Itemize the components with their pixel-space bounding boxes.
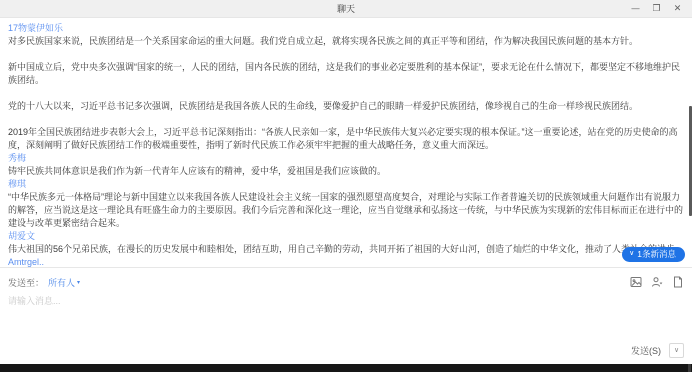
send-to-label: 发送至： xyxy=(8,276,44,289)
composer-icons xyxy=(630,276,684,288)
close-icon[interactable]: ✕ xyxy=(667,0,688,18)
message-text: 对多民族国家来说，民族团结是一个关系国家命运的重大问题。我们党自成立起，就将实现… xyxy=(8,35,684,48)
message-input[interactable] xyxy=(8,294,668,334)
message-text: 铸牢民族共同体意识是我们作为新一代青年人应该有的精神，爱中华，爱祖国是我们应该做… xyxy=(8,165,684,178)
send-to-row: 发送至： 所有人 ▾ xyxy=(0,272,692,292)
title-bar: 聊天 — ❐ ✕ xyxy=(0,0,692,18)
sender-name[interactable]: 秀梅 xyxy=(8,152,684,165)
sender-name[interactable]: 17物蒙伊如乐 xyxy=(8,22,684,35)
chat-area[interactable]: 17物蒙伊如乐对多民族国家来说，民族团结是一个关系国家命运的重大问题。我们党自成… xyxy=(0,18,692,267)
chevron-down-icon: ∨ xyxy=(629,250,634,257)
message: Amtrgel..对多民族国家来说，民族团结是一个关系国家命运的重大问题。“中华… xyxy=(8,256,684,267)
send-button[interactable]: 发送(S) xyxy=(627,342,665,359)
composer: 发送至： 所有人 ▾ xyxy=(0,267,692,364)
minimize-icon[interactable]: — xyxy=(625,0,646,18)
sender-name[interactable]: 胡爱文 xyxy=(8,230,684,243)
message-list: 17物蒙伊如乐对多民族国家来说，民族团结是一个关系国家命运的重大问题。我们党自成… xyxy=(8,22,684,267)
image-icon[interactable] xyxy=(630,276,642,288)
message-text: 2019年全国民族团结进步表彰大会上，习近平总书记深刻指出：“各族人民亲如一家，… xyxy=(8,126,684,152)
message: 穆琪“中华民族多元一体格局”理论与新中国建立以来我国各族人民建设社会主义统一国家… xyxy=(8,178,684,230)
send-row: 发送(S) ∨ xyxy=(627,342,684,359)
send-to-select[interactable]: 所有人 ▾ xyxy=(48,276,80,289)
chevron-down-icon: ▾ xyxy=(77,279,80,286)
message-text: 新中国成立后，党中央多次强调“国家的统一，人民的团结，国内各民族的团结，这是我们… xyxy=(8,61,684,87)
chat-window: 聊天 — ❐ ✕ 17物蒙伊如乐对多民族国家来说，民族团结是一个关系国家命运的重… xyxy=(0,0,692,372)
sender-name[interactable]: 穆琪 xyxy=(8,178,684,191)
window-controls: — ❐ ✕ xyxy=(625,0,688,18)
taskbar-notch xyxy=(688,364,691,372)
taskbar-edge[interactable] xyxy=(0,364,692,372)
message: 17物蒙伊如乐对多民族国家来说，民族团结是一个关系国家命运的重大问题。我们党自成… xyxy=(8,22,684,152)
window-title: 聊天 xyxy=(337,2,355,15)
message-text: 伟大祖国的56个兄弟民族，在漫长的历史发展中和睦相处，团结互助，用自己辛勤的劳动… xyxy=(8,243,684,256)
message-text: “中华民族多元一体格局”理论与新中国建立以来我国各族人民建设社会主义统一国家的强… xyxy=(8,191,684,230)
mention-person-icon[interactable] xyxy=(651,276,663,288)
message: 胡爱文伟大祖国的56个兄弟民族，在漫长的历史发展中和睦相处，团结互助，用自己辛勤… xyxy=(8,230,684,256)
message: 秀梅铸牢民族共同体意识是我们作为新一代青年人应该有的精神，爱中华，爱祖国是我们应… xyxy=(8,152,684,178)
send-options-button[interactable]: ∨ xyxy=(669,343,684,358)
file-icon[interactable] xyxy=(672,276,684,288)
new-message-label: 1条新消息 xyxy=(637,250,676,259)
message-text: 党的十八大以来，习近平总书记多次强调，民族团结是我国各族人民的生命线，要像爱护自… xyxy=(8,100,684,113)
restore-icon[interactable]: ❐ xyxy=(646,0,667,18)
chevron-down-icon: ∨ xyxy=(674,347,679,354)
send-to-value: 所有人 xyxy=(48,276,75,289)
new-message-badge[interactable]: ∨ 1条新消息 xyxy=(622,247,685,263)
sender-name[interactable]: Amtrgel.. xyxy=(8,256,684,267)
